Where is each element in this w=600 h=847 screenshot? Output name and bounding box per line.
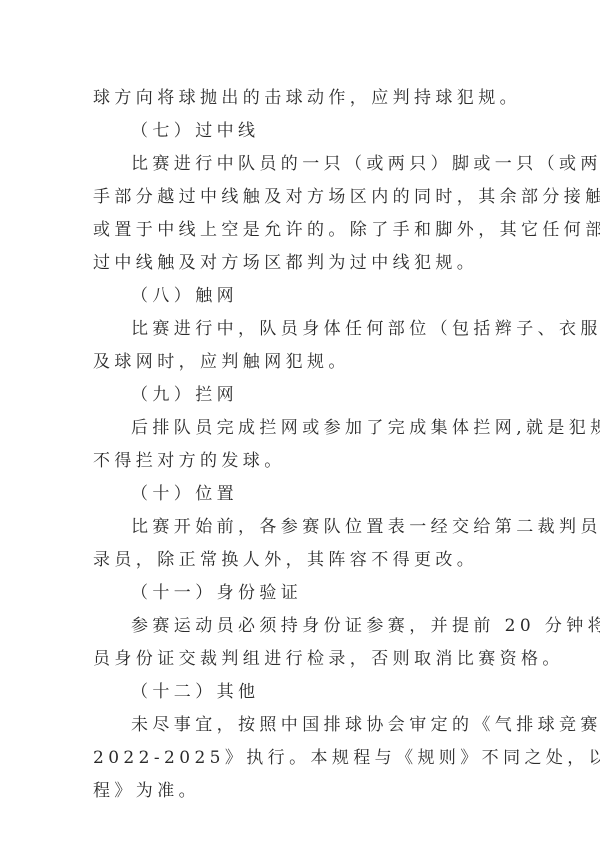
body-line: 及球网时，应判触网犯规。 xyxy=(93,352,509,372)
body-line: 程》为准。 xyxy=(93,781,509,801)
subheading-position: （十）位置 xyxy=(131,484,547,504)
body-line: 球方向将球抛出的击球动作，应判持球犯规。 xyxy=(93,88,509,108)
body-line: 2022-2025》执行。本规程与《规则》不同之处，以本《规 xyxy=(93,748,509,768)
body-line: 未尽事宜，按照中国排球协会审定的《气排球竞赛规则 xyxy=(131,715,547,735)
body-line: 手部分越过中线触及对方场区内的同时，其余部分接触中线 xyxy=(93,187,509,207)
subheading-net-touch: （八）触网 xyxy=(131,286,547,306)
body-line: 过中线触及对方场区都判为过中线犯规。 xyxy=(93,253,509,273)
body-line: 不得拦对方的发球。 xyxy=(93,451,509,471)
body-line: 录员，除正常换人外，其阵容不得更改。 xyxy=(93,550,509,570)
subheading-over-centerline: （七）过中线 xyxy=(131,121,547,141)
body-line: 后排队员完成拦网或参加了完成集体拦网,就是犯规。 xyxy=(131,418,547,438)
body-line: 比赛开始前，各参赛队位置表一经交给第二裁判员或记 xyxy=(131,517,547,537)
subheading-block: （九）拦网 xyxy=(131,385,547,405)
subheading-id-verification: （十一）身份验证 xyxy=(131,583,547,603)
document-page: 球方向将球抛出的击球动作，应判持球犯规。 （七）过中线 比赛进行中队员的一只（或… xyxy=(0,0,600,847)
body-line: 参赛运动员必须持身份证参赛，并提前 20 分钟将运动 xyxy=(131,616,547,636)
subheading-other: （十二）其他 xyxy=(131,682,547,702)
body-line: 比赛进行中，队员身体任何部位（包括辫子、衣服）触 xyxy=(131,319,547,339)
body-line: 员身份证交裁判组进行检录，否则取消比赛资格。 xyxy=(93,649,509,669)
body-line: 或置于中线上空是允许的。除了手和脚外，其它任何部分越 xyxy=(93,220,509,240)
body-line: 比赛进行中队员的一只（或两只）脚或一只（或两只） xyxy=(131,154,547,174)
